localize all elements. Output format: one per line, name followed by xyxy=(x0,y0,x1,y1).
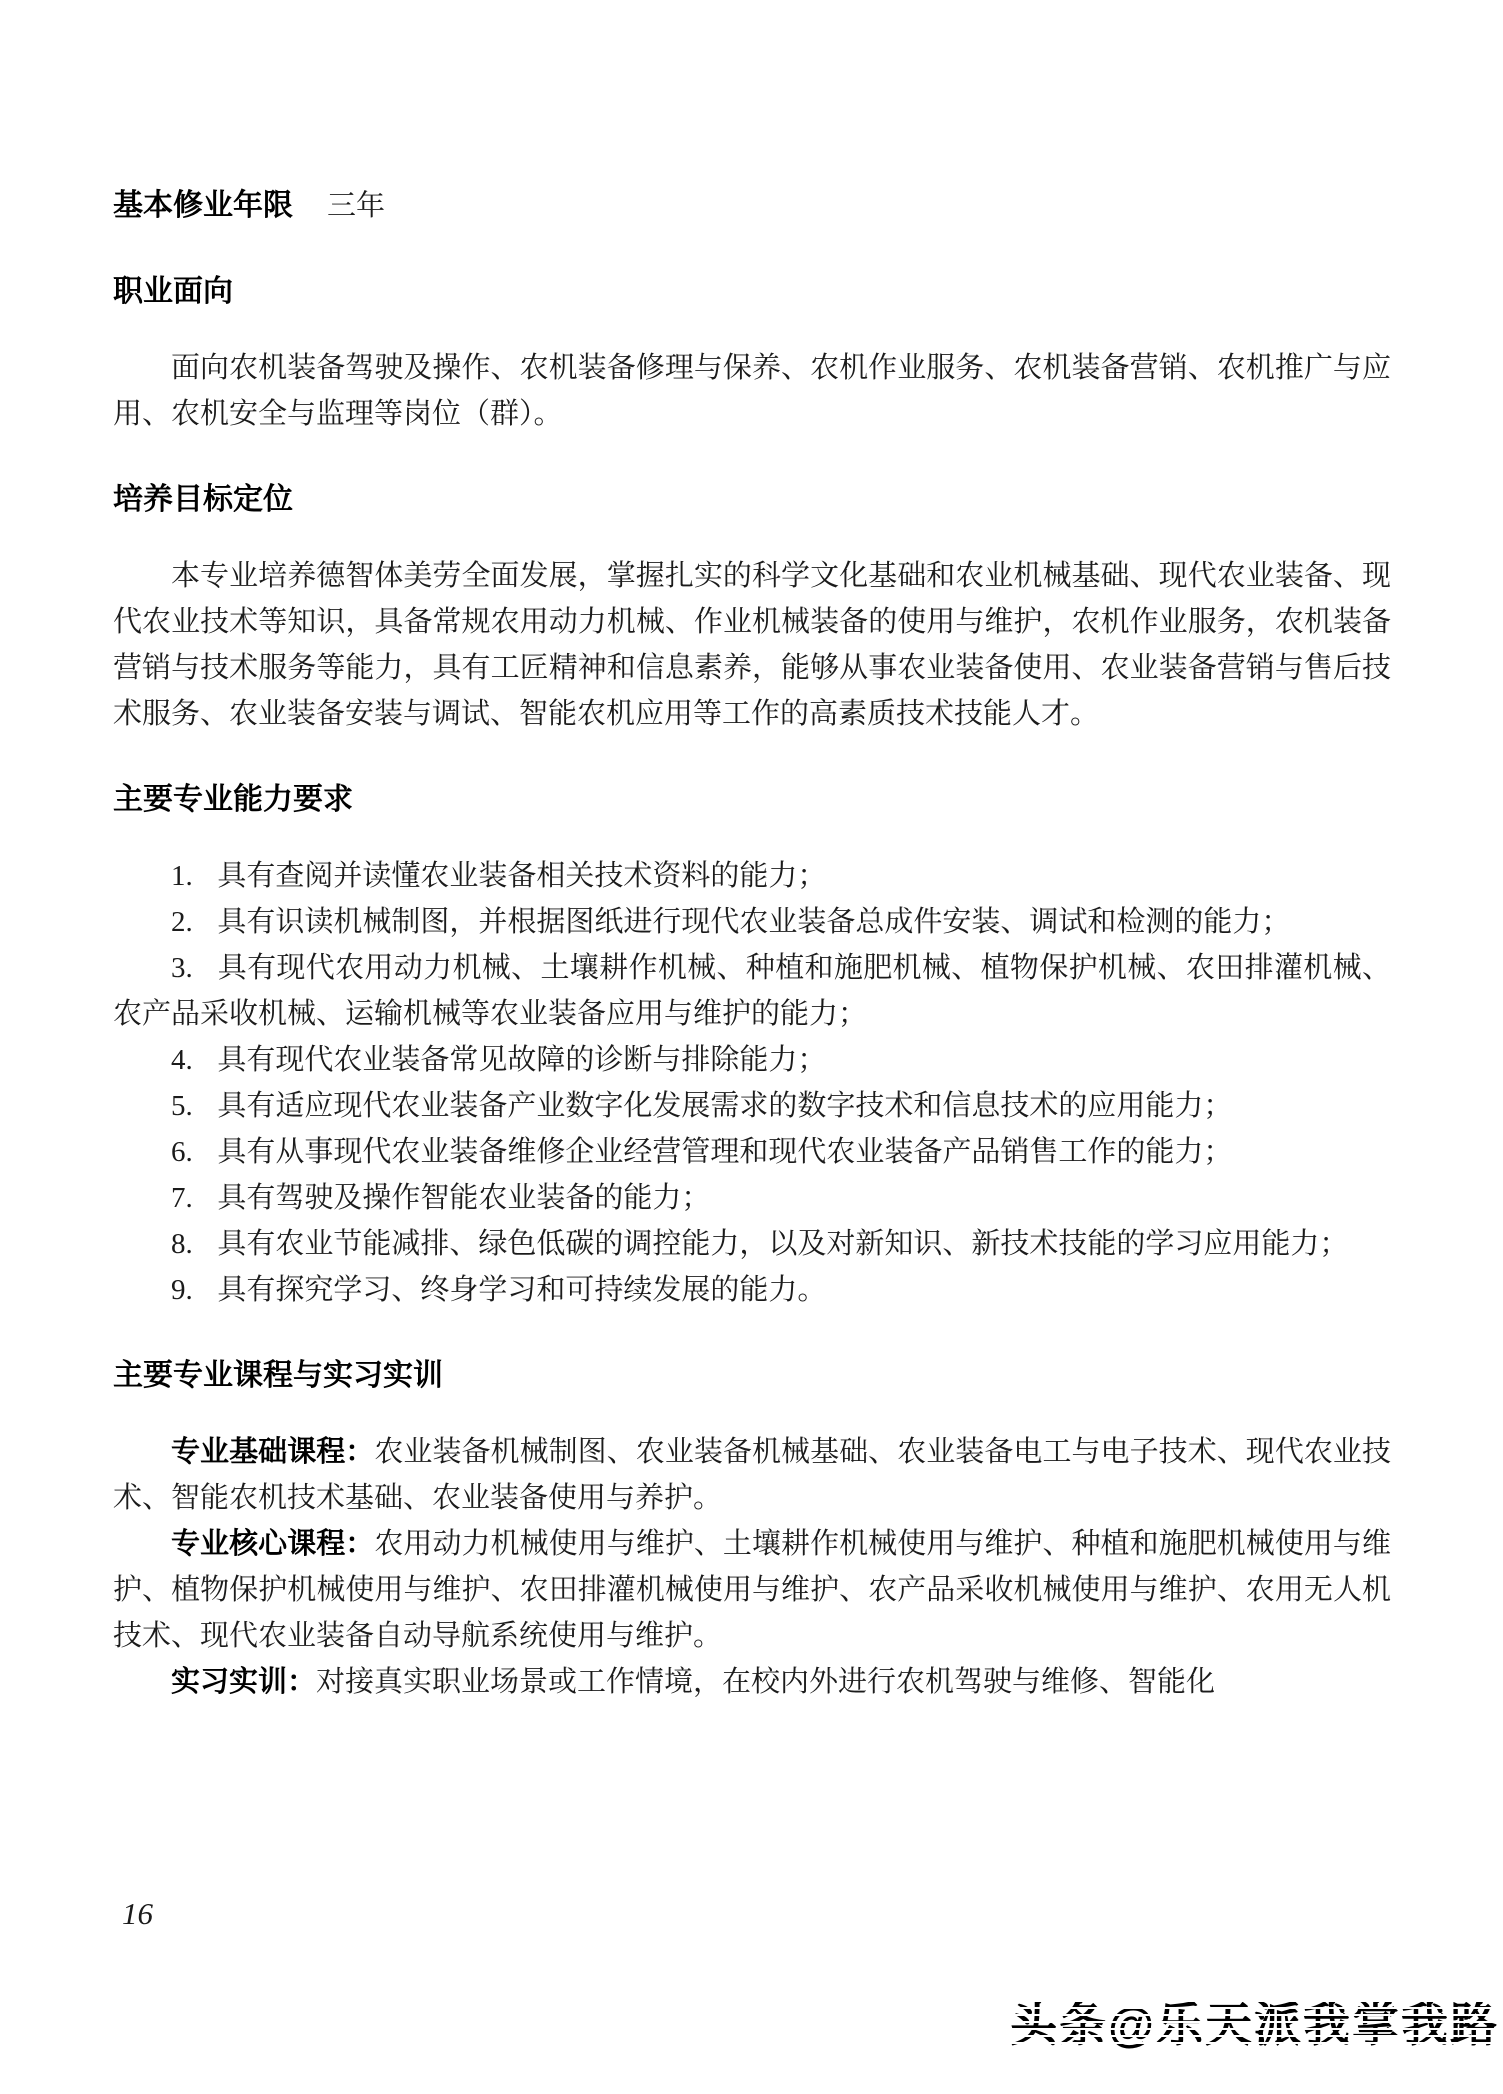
career-heading: 职业面向 xyxy=(113,269,1391,315)
ability-item-2-number: 2. xyxy=(171,906,193,938)
abilities-heading: 主要专业能力要求 xyxy=(113,777,1391,823)
ability-item-5-text: 具有适应现代农业装备产业数字化发展需求的数字技术和信息技术的应用能力； xyxy=(217,1090,1232,1122)
ability-item-8-number: 8. xyxy=(171,1228,193,1260)
ability-item-3: 3.具有现代农用动力机械、土壤耕作机械、种植和施肥机械、植物保护机械、农田排灌机… xyxy=(113,945,1391,1037)
goal-paragraph: 本专业培养德智体美劳全面发展，掌握扎实的科学文化基础和农业机械基础、现代农业装备… xyxy=(113,553,1391,737)
core-courses-paragraph: 专业核心课程：农用动力机械使用与维护、土壤耕作机械使用与维护、种植和施肥机械使用… xyxy=(113,1521,1391,1659)
internship-label: 实习实训： xyxy=(171,1666,316,1698)
ability-item-6-text: 具有从事现代农业装备维修企业经营管理和现代农业装备产品销售工作的能力； xyxy=(217,1136,1232,1168)
courses-heading: 主要专业课程与实习实训 xyxy=(113,1353,1391,1399)
ability-item-2-text: 具有识读机械制图，并根据图纸进行现代农业装备总成件安装、调试和检测的能力； xyxy=(217,906,1290,938)
ability-item-1: 1.具有查阅并读懂农业装备相关技术资料的能力； xyxy=(113,853,1391,899)
study-period-label: 基本修业年限 xyxy=(113,189,293,222)
study-period-heading: 基本修业年限三年 xyxy=(113,183,1391,229)
page-number: 16 xyxy=(122,1896,153,1932)
ability-item-7-number: 7. xyxy=(171,1182,193,1214)
ability-item-3-text: 具有现代农用动力机械、土壤耕作机械、种植和施肥机械、植物保护机械、农田排灌机械、… xyxy=(113,952,1391,1030)
ability-item-5-number: 5. xyxy=(171,1090,193,1122)
ability-item-2: 2.具有识读机械制图，并根据图纸进行现代农业装备总成件安装、调试和检测的能力； xyxy=(113,899,1391,945)
basic-courses-paragraph: 专业基础课程：农业装备机械制图、农业装备机械基础、农业装备电工与电子技术、现代农… xyxy=(113,1429,1391,1521)
ability-item-1-text: 具有查阅并读懂农业装备相关技术资料的能力； xyxy=(217,860,826,892)
document-content: 基本修业年限三年 职业面向 面向农机装备驾驶及操作、农机装备修理与保养、农机作业… xyxy=(113,183,1391,1705)
ability-item-6: 6.具有从事现代农业装备维修企业经营管理和现代农业装备产品销售工作的能力； xyxy=(113,1129,1391,1175)
document-page: 基本修业年限三年 职业面向 面向农机装备驾驶及操作、农机装备修理与保养、农机作业… xyxy=(0,0,1503,2094)
ability-item-7-text: 具有驾驶及操作智能农业装备的能力； xyxy=(217,1182,710,1214)
ability-item-4: 4.具有现代农业装备常见故障的诊断与排除能力； xyxy=(113,1037,1391,1083)
internship-text: 对接真实职业场景或工作情境，在校内外进行农机驾驶与维修、智能化 xyxy=(316,1666,1215,1698)
basic-courses-label: 专业基础课程： xyxy=(171,1436,374,1468)
ability-item-3-number: 3. xyxy=(171,952,193,984)
ability-item-4-number: 4. xyxy=(171,1044,193,1076)
ability-item-8-text: 具有农业节能减排、绿色低碳的调控能力，以及对新知识、新技术技能的学习应用能力； xyxy=(217,1228,1348,1260)
ability-item-4-text: 具有现代农业装备常见故障的诊断与排除能力； xyxy=(217,1044,826,1076)
goal-heading: 培养目标定位 xyxy=(113,477,1391,523)
ability-item-7: 7.具有驾驶及操作智能农业装备的能力； xyxy=(113,1175,1391,1221)
ability-item-5: 5.具有适应现代农业装备产业数字化发展需求的数字技术和信息技术的应用能力； xyxy=(113,1083,1391,1129)
ability-item-9: 9.具有探究学习、终身学习和可持续发展的能力。 xyxy=(113,1267,1391,1313)
watermark: 头条@乐天派我掌我路 xyxy=(1010,1988,1499,2055)
abilities-list: 1.具有查阅并读懂农业装备相关技术资料的能力； 2.具有识读机械制图，并根据图纸… xyxy=(113,853,1391,1313)
internship-paragraph: 实习实训：对接真实职业场景或工作情境，在校内外进行农机驾驶与维修、智能化 xyxy=(113,1659,1391,1705)
ability-item-9-text: 具有探究学习、终身学习和可持续发展的能力。 xyxy=(217,1274,826,1306)
career-paragraph: 面向农机装备驾驶及操作、农机装备修理与保养、农机作业服务、农机装备营销、农机推广… xyxy=(113,345,1391,437)
ability-item-9-number: 9. xyxy=(171,1274,193,1306)
ability-item-6-number: 6. xyxy=(171,1136,193,1168)
ability-item-8: 8.具有农业节能减排、绿色低碳的调控能力，以及对新知识、新技术技能的学习应用能力… xyxy=(113,1221,1391,1267)
study-period-value: 三年 xyxy=(327,190,385,222)
ability-item-1-number: 1. xyxy=(171,860,193,892)
core-courses-label: 专业核心课程： xyxy=(171,1528,374,1560)
